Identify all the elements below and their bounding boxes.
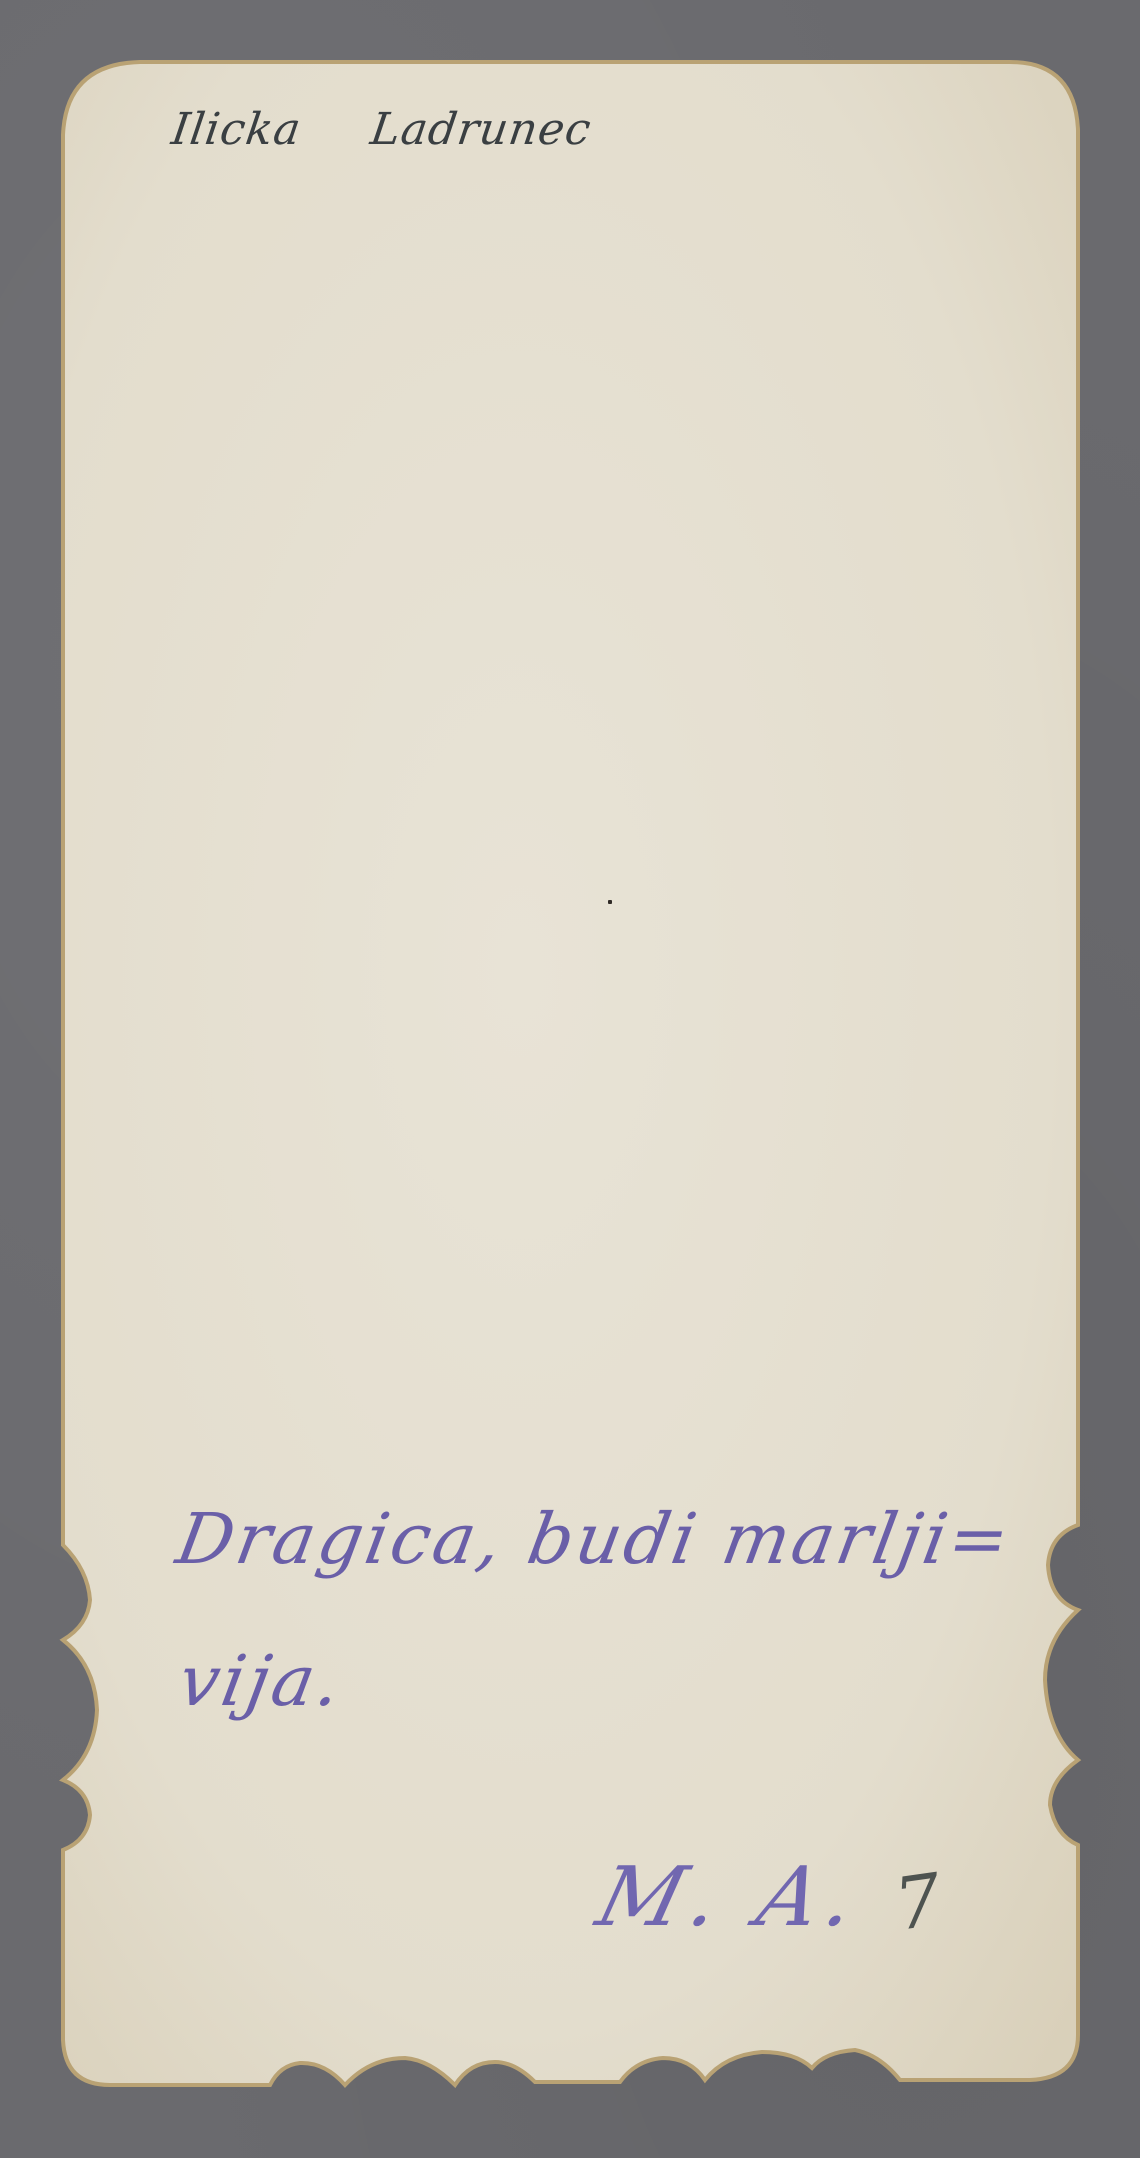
top-note-word-2: Ladrunec — [367, 104, 594, 155]
paper-speck — [608, 900, 612, 904]
card-back — [0, 0, 1140, 2158]
signature: M. A. — [588, 1850, 873, 1945]
message-line-2: vija. — [173, 1640, 350, 1722]
message-line-1: Dragica, budi marlji= — [171, 1498, 1018, 1580]
top-note: IlickaLadrunec — [168, 104, 594, 155]
top-note-word-1: Ilicka — [168, 104, 304, 155]
